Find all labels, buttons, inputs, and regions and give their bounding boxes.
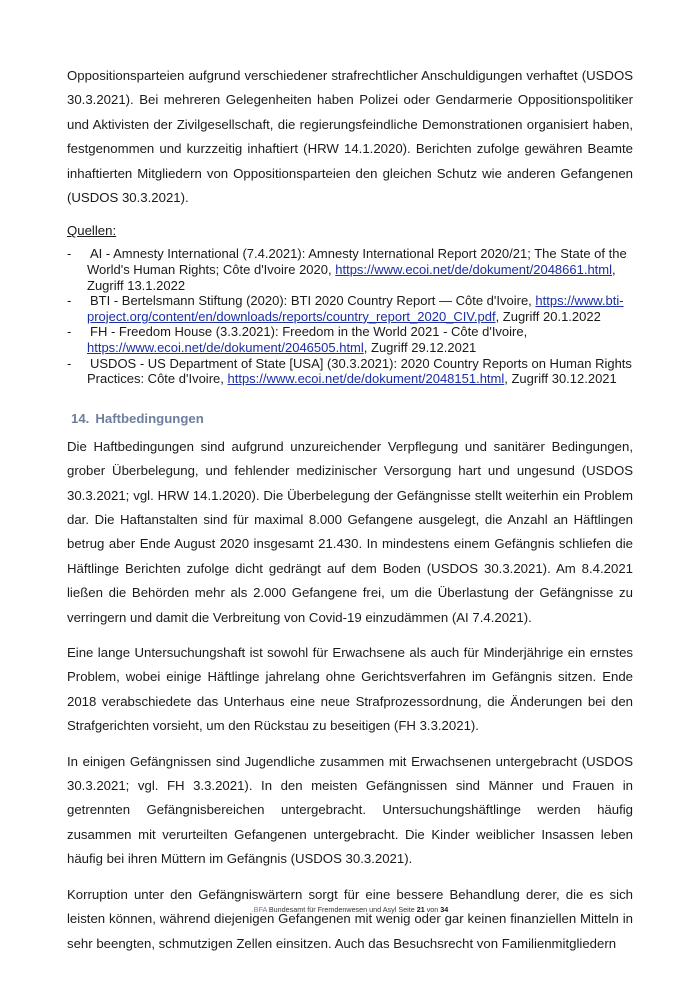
sources-list: - AI - Amnesty International (7.4.2021):… [67, 246, 633, 386]
section-number: 14. [71, 411, 89, 426]
document-page: Oppositionsparteien aufgrund verschieden… [67, 64, 633, 967]
intro-paragraph: Oppositionsparteien aufgrund verschieden… [67, 64, 633, 210]
source-link[interactable]: https://www.ecoi.net/de/dokument/2048151… [227, 371, 504, 386]
list-dash: - [67, 246, 71, 262]
section-paragraph: In einigen Gefängnissen sind Jugendliche… [67, 750, 633, 872]
source-text: FH - Freedom House (3.3.2021): Freedom i… [90, 324, 527, 339]
section-paragraph: Die Haftbedingungen sind aufgrund unzure… [67, 435, 633, 630]
list-dash: - [67, 324, 71, 340]
page-total: 34 [440, 905, 448, 914]
source-item: - AI - Amnesty International (7.4.2021):… [67, 246, 633, 293]
source-access: , Zugriff 30.12.2021 [504, 371, 617, 386]
section-paragraph: Korruption unter den Gefängniswärtern so… [67, 883, 633, 956]
section-title: Haftbedingungen [95, 411, 203, 426]
source-item: - USDOS - US Department of State [USA] (… [67, 356, 633, 387]
source-access: , Zugriff 20.1.2022 [496, 309, 601, 324]
source-link[interactable]: https://www.ecoi.net/de/dokument/2048661… [335, 262, 612, 277]
bfa-logo-text: .BFA [252, 905, 267, 914]
footer-of: von [425, 905, 441, 914]
page-footer: .BFA Bundesamt für Fremdenwesen und Asyl… [0, 905, 700, 914]
footer-org: Bundesamt für Fremdenwesen und Asyl Seit… [267, 905, 417, 914]
section-paragraph: Eine lange Untersuchungshaft ist sowohl … [67, 641, 633, 739]
section-heading: 14.Haftbedingungen [71, 409, 633, 429]
source-item: - FH - Freedom House (3.3.2021): Freedom… [67, 324, 633, 355]
page-number: 21 [417, 905, 425, 914]
sources-title: Quellen: [67, 222, 633, 240]
list-dash: - [67, 293, 71, 309]
list-dash: - [67, 356, 71, 372]
source-access: , Zugriff 29.12.2021 [364, 340, 477, 355]
source-link[interactable]: https://www.ecoi.net/de/dokument/2046505… [87, 340, 364, 355]
source-text: BTI - Bertelsmann Stiftung (2020): BTI 2… [90, 293, 535, 308]
source-item: - BTI - Bertelsmann Stiftung (2020): BTI… [67, 293, 633, 324]
